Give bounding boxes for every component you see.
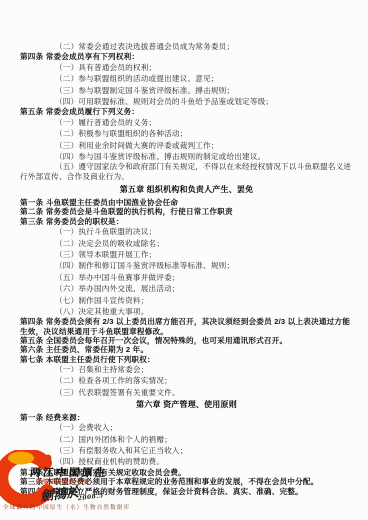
document-body: （二）常委会通过表决选拔普通会员成为常务委员；第四条 常委会成员享有下列权利：（…: [20, 41, 353, 496]
doc-line: （二）决定会员的吸收或除名；: [20, 238, 353, 249]
doc-line: 第六条 主任委员、常委任期为 2 年。: [20, 345, 353, 354]
doc-line: （一）会费收入；: [20, 422, 353, 433]
doc-line: （三）利用业余时间做大赛的评委或裁判工作；: [20, 140, 353, 151]
doc-line: （二）参与联盟组织的活动或提出建议、意见；: [20, 73, 353, 84]
doc-line: （六）举办国内外交流、展出活动；: [20, 283, 353, 294]
doc-line: （一）履行普通会员的义务；: [20, 117, 353, 128]
doc-line: 第四条 常委会成员享有下列权利：: [20, 52, 353, 61]
doc-line: （八）决定其他重大事项。: [20, 306, 353, 317]
doc-line: 第六章 资产管理、使用原则: [20, 399, 353, 412]
doc-line: 第一条 斗鱼联盟主任委员由中国渔业协会任命: [20, 198, 353, 207]
doc-line: 第一条 经费来源：: [20, 413, 353, 422]
doc-line: （三）代表联盟签署有关重要文件。: [20, 387, 353, 398]
doc-line: （三）领导本联盟开展工作；: [20, 249, 353, 260]
doc-line: （四）参与国斗鉴赏评级标准、搏击规则的制定或给出建议。: [20, 151, 353, 162]
doc-line: （五）举办中国斗鱼赛事并做评委；: [20, 272, 353, 283]
signature-name: 劍鴻於: [39, 485, 80, 505]
doc-line: （一）执行斗鱼联盟的决议；: [20, 226, 353, 237]
doc-line: （五）遵守国家法令和政府部门有关规定，不得以在未经授权情况下以斗鱼联盟名义进行外…: [20, 162, 353, 183]
doc-line: （七）制作国斗宣传资料；: [20, 295, 353, 306]
doc-line: （四）可用联盟标准、规则对会员的斗鱼给予品鉴或划定等级；: [20, 96, 353, 107]
doc-line: 第五章 组织机构和负责人产生、罢免: [20, 184, 353, 197]
doc-line: 第三条 常务委员会的职权是：: [20, 217, 353, 226]
doc-line: （一）具有普通会员的权利；: [20, 62, 353, 73]
doc-line: （一）召集和主持常委会；: [20, 364, 353, 375]
watermark: 两江中国原生 守望中国原生之美 劍鴻於2008.5 全球最大的中国原生（水）生物…: [0, 448, 200, 520]
doc-line: （二）积极参与联盟组织的各种活动；: [20, 128, 353, 139]
doc-line: （二）国内外团体和个人的捐赠；: [20, 434, 353, 445]
doc-line: 第五条 全国委员会每年召开一次会议，情况特殊的，也可采用通讯形式召开。: [20, 336, 353, 345]
signature-date: 2008.5: [77, 492, 104, 502]
doc-line: （二）检查各项工作的落实情况；: [20, 375, 353, 386]
doc-line: （二）常委会通过表决选拔普通会员成为常务委员；: [20, 41, 353, 52]
doc-line: 第五条 常委会成员履行下列义务：: [20, 107, 353, 116]
doc-line: 第七条 本联盟主任委员行使下列职权：: [20, 355, 353, 364]
document-page: （二）常委会通过表决选拔普通会员成为常务委员；第四条 常委会成员享有下列权利：（…: [0, 0, 368, 520]
doc-line: （四）制作和修订国斗鉴赏评级标准等标准、规则；: [20, 260, 353, 271]
doc-line: 第二条 常务委员会是斗鱼联盟的执行机构，行使日常工作职责: [20, 207, 353, 216]
watermark-caption: 全球最大的中国原生（水）生物自然数据库: [3, 503, 130, 511]
doc-line: （三）参与联盟制定国斗鉴赏评级标准、搏击规则；: [20, 85, 353, 96]
doc-line: 第四条 常务委员会须有 2/3 以上委员出席方能召开，其决议须经到会委员 2/3…: [20, 317, 353, 335]
